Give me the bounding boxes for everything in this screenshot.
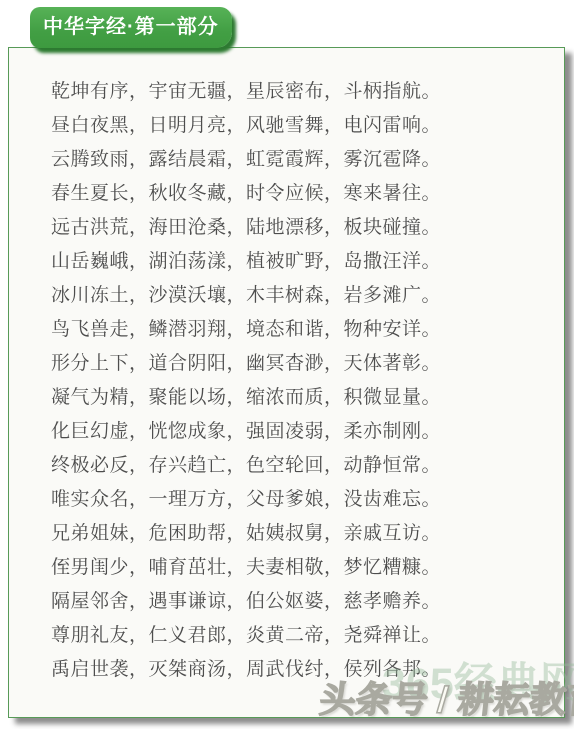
verse-list: 乾坤有序，宇宙无疆，星辰密布，斗柄指航。 昼白夜黑，日明月亮，风驰雪舞，电闪雷响…: [51, 75, 558, 687]
text-line: 远古洪荒，海田沧桑，陆地漂移，板块碰撞。: [51, 211, 558, 245]
text-line: 乾坤有序，宇宙无疆，星辰密布，斗柄指航。: [51, 75, 558, 109]
text-line: 冰川冻土，沙漠沃壤，木丰树森，岩多滩广。: [51, 279, 558, 313]
channel-watermark: 头条号 / 耕耘教育: [317, 672, 574, 723]
text-line: 山岳巍峨，湖泊荡漾，植被旷野，岛撒汪洋。: [51, 245, 558, 279]
text-line: 隔屋邻舍，遇事谦谅，伯公妪婆，慈孝赡养。: [51, 585, 558, 619]
text-line: 唯实众名，一理万方，父母爹娘，没齿难忘。: [51, 483, 558, 517]
text-line: 侄男闺少，哺育茁壮，夫妻相敬，梦忆糟糠。: [51, 551, 558, 585]
text-line: 凝气为精，聚能以场，缩浓而质，积微显量。: [51, 381, 558, 415]
text-panel: 乾坤有序，宇宙无疆，星辰密布，斗柄指航。 昼白夜黑，日明月亮，风驰雪舞，电闪雷响…: [8, 47, 565, 718]
text-line: 化巨幻虚，恍惚成象，强固凌弱，柔亦制刚。: [51, 415, 558, 449]
section-title-badge: 中华字经·第一部分: [30, 7, 232, 48]
text-line: 鸟飞兽走，鳞潜羽翔，境态和谐，物种安详。: [51, 313, 558, 347]
text-line: 形分上下，道合阴阳，幽冥杳渺，天体著彰。: [51, 347, 558, 381]
text-line: 云腾致雨，露结晨霜，虹霓霞辉，雾沉雹降。: [51, 143, 558, 177]
text-line: 昼白夜黑，日明月亮，风驰雪舞，电闪雷响。: [51, 109, 558, 143]
text-line: 兄弟姐妹，危困助帮，姑姨叔舅，亲戚互访。: [51, 517, 558, 551]
text-line: 终极必反，存兴趋亡，色空轮回，动静恒常。: [51, 449, 558, 483]
text-line: 尊朋礼友，仁义君郎，炎黄二帝，尧舜禅让。: [51, 619, 558, 653]
text-line: 春生夏长，秋收冬藏，时令应候，寒来暑往。: [51, 177, 558, 211]
